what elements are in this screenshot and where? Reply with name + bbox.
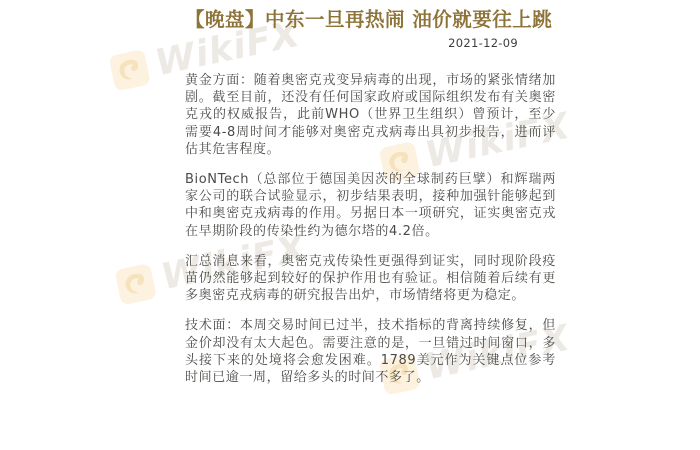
- paragraph-summary: 汇总消息来看，奥密克戎传染性更强得到证实，同时现阶段疫苗仍然能够起到较好的保护作…: [185, 253, 556, 305]
- article: 【晚盘】中东一旦再热闹 油价就要往上跳 2021-12-09 黄金方面：随着奥密…: [185, 8, 556, 399]
- paragraph-biontech: BioNTech（总部位于德国美因茨的全球制药巨擘）和辉瑞两家公司的联合试验显示…: [185, 171, 556, 240]
- article-date: 2021-12-09: [185, 36, 556, 50]
- wikifx-logo-icon: [114, 262, 157, 305]
- wikifx-logo-icon: [108, 48, 151, 91]
- article-body: 黄金方面：随着奥密克戎变异病毒的出现，市场的紧张情绪加剧。截至目前，还没有任何国…: [185, 72, 556, 386]
- paragraph-gold-news: 黄金方面：随着奥密克戎变异病毒的出现，市场的紧张情绪加剧。截至目前，还没有任何国…: [185, 72, 556, 158]
- article-page: WikiFX WikiFX WikiFX WikiFX 【晚盘】中东一旦: [0, 0, 700, 450]
- article-title: 【晚盘】中东一旦再热闹 油价就要往上跳: [185, 8, 556, 31]
- paragraph-technical: 技术面：本周交易时间已过半，技术指标的背离持续修复，但金价却没有太大起色。需要注…: [185, 317, 556, 386]
